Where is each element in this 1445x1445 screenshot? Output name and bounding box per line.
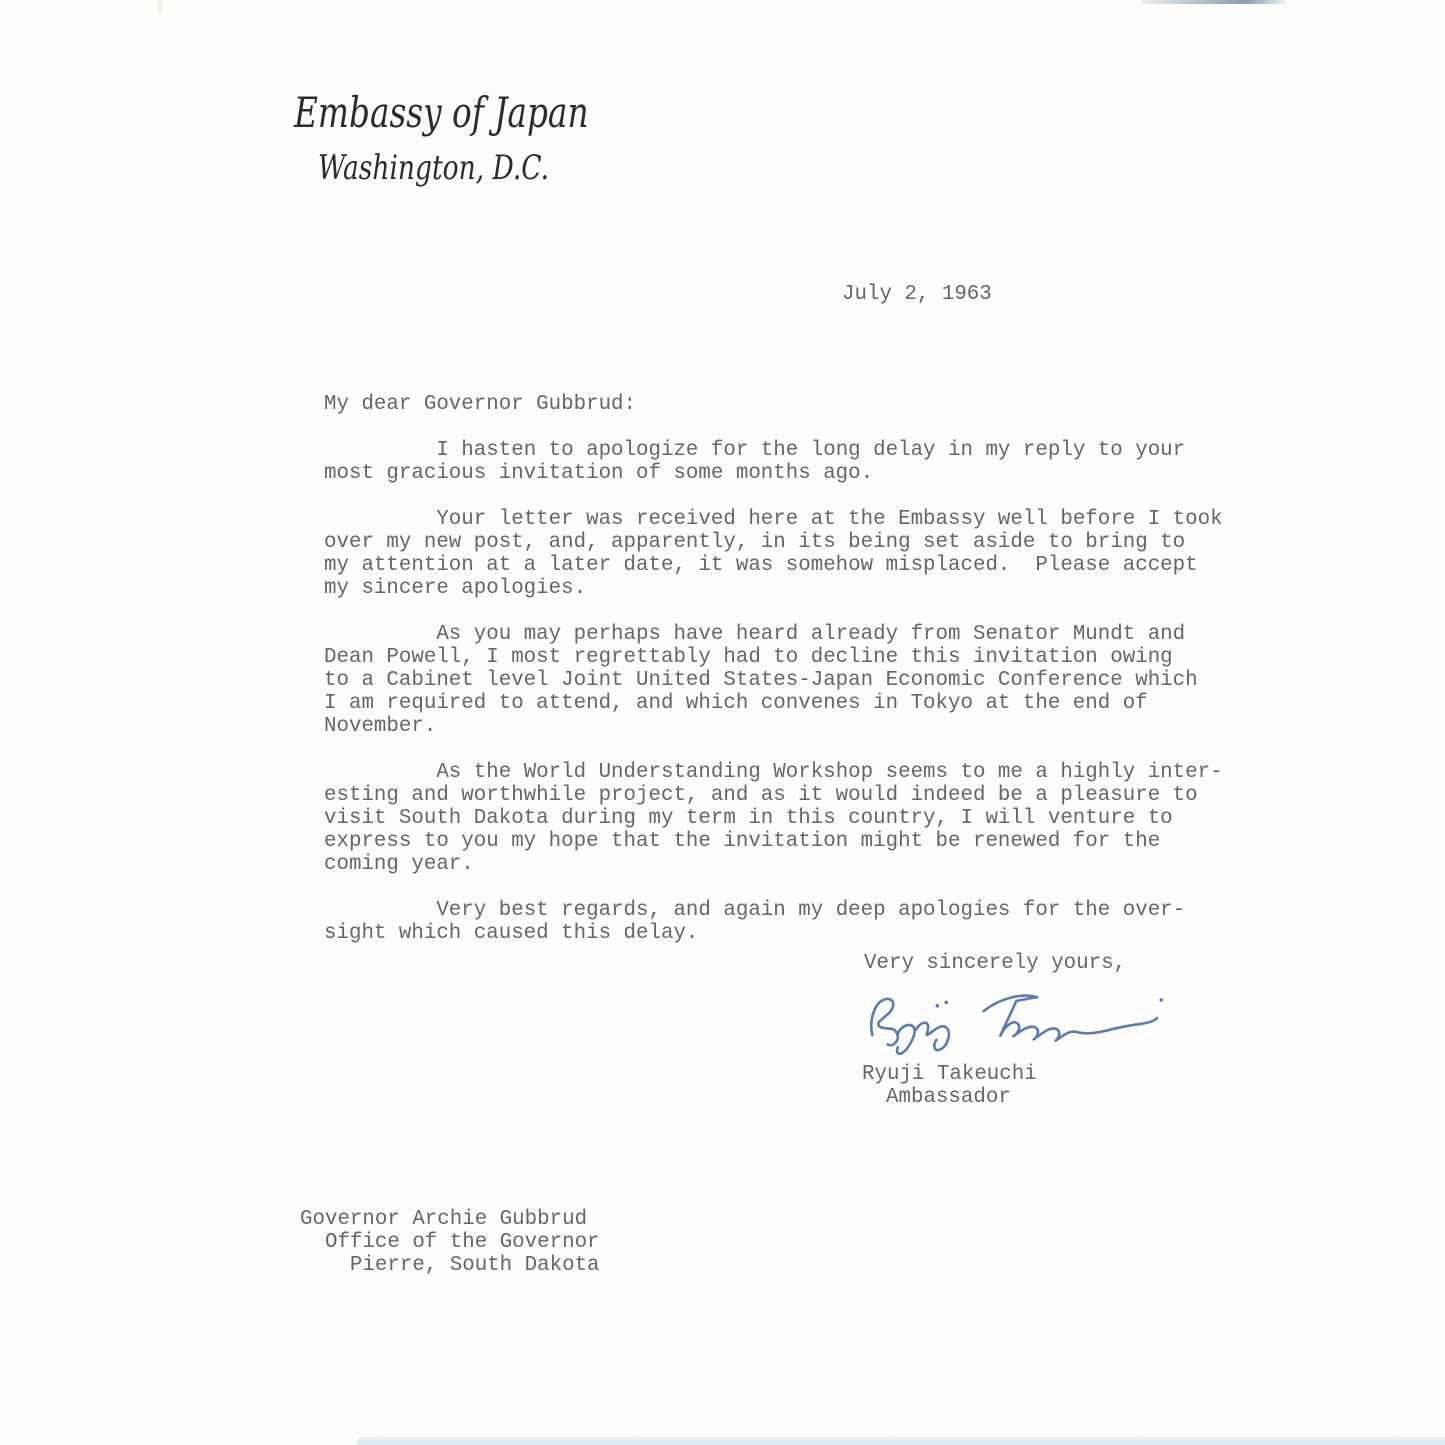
- paragraph-3: As you may perhaps have heard already fr…: [324, 623, 1224, 738]
- scan-edge-top-strip: [1142, 0, 1287, 4]
- typed-signer-title: Ambassador: [886, 1086, 1011, 1109]
- date-line: July 2, 1963: [842, 283, 992, 306]
- letter-page: Embassy of Japan Washington, D.C. July 2…: [0, 0, 1445, 1445]
- letterhead-embassy-name: Embassy of Japan: [294, 88, 589, 137]
- paragraph-5: Very best regards, and again my deep apo…: [324, 899, 1224, 945]
- valediction: Very sincerely yours,: [864, 952, 1126, 975]
- scan-edge-bottom-strip: [357, 1437, 1445, 1445]
- paragraph-1: I hasten to apologize for the long delay…: [324, 439, 1224, 485]
- letterhead-city: Washington, D.C.: [318, 148, 549, 188]
- recipient-address: Governor Archie Gubbrud Office of the Go…: [300, 1208, 600, 1277]
- salutation: My dear Governor Gubbrud:: [324, 393, 1224, 416]
- paragraph-2: Your letter was received here at the Emb…: [324, 508, 1224, 600]
- paragraph-4: As the World Understanding Workshop seem…: [324, 761, 1224, 876]
- typed-signer-name: Ryuji Takeuchi: [862, 1063, 1037, 1086]
- letter-body: My dear Governor Gubbrud: I hasten to ap…: [324, 393, 1224, 945]
- handwritten-signature: [865, 983, 1169, 1063]
- scan-edge-tick: [158, 0, 162, 14]
